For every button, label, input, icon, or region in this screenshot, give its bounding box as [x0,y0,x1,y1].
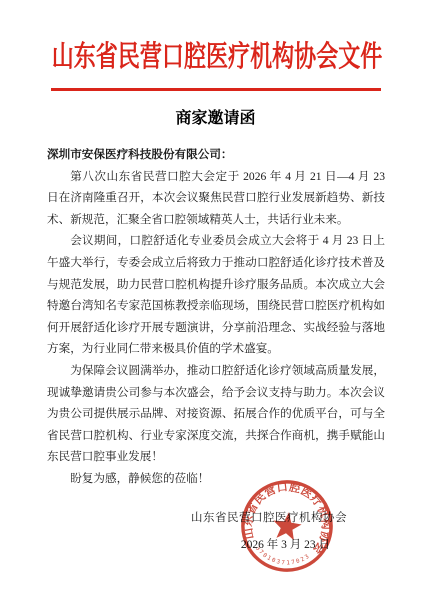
page-title: 商家邀请函 [0,108,431,129]
letterhead-title: 山东省民营口腔医疗机构协会文件 [52,39,380,75]
letter-paragraph: 会议期间，口腔舒适化专业委员会成立大会将于 4 月 23 日上午盛大举行，专委会… [47,230,385,360]
addressee-line: 深圳市安保医疗科技股份有限公司： [47,144,385,166]
letterhead-divider [51,88,381,91]
closing-line: 盼复为感，静候您的莅临！ [47,468,385,490]
letter-body: 深圳市安保医疗科技股份有限公司： 第八次山东省民营口腔大会定于 2026 年 4… [47,144,385,490]
star-icon [271,510,303,541]
letter-paragraph: 为保障会议圆满举办，推动口腔舒适化诊疗领域高质量发展，现诚挚邀请贵公司参与本次盛… [47,360,385,468]
official-seal-stamp: 山东省民营口腔医疗机构协会 370103717023 [240,479,334,573]
letter-paragraph: 第八次山东省民营口腔大会定于 2026 年 4 月 21 日—4 月 23 日在… [47,166,385,231]
document-page: 山东省民营口腔医疗机构协会文件 商家邀请函 深圳市安保医疗科技股份有限公司： 第… [0,0,431,600]
